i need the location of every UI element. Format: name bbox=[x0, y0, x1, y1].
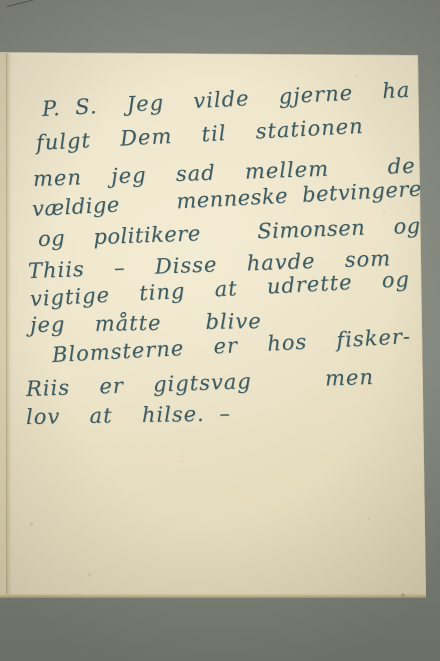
foxing-speck bbox=[401, 593, 405, 597]
paper-top-edge bbox=[0, 51, 420, 56]
foxing-speck bbox=[180, 455, 182, 457]
foxing-speck bbox=[383, 210, 385, 212]
letter-paper: P. S. Jeg vilde gjerne ha fulgt Dem til … bbox=[0, 50, 430, 598]
paper-bottom-edge bbox=[0, 594, 428, 598]
foxing-speck bbox=[88, 573, 91, 576]
background-scratch bbox=[6, 0, 39, 7]
foxing-speck bbox=[368, 518, 370, 520]
paper-right-edge bbox=[417, 54, 427, 597]
foxing-speck bbox=[355, 75, 357, 77]
foxing-speck bbox=[403, 431, 405, 433]
paper-fold-edge bbox=[0, 50, 7, 598]
handwriting-line-11: lov at hilse. – bbox=[26, 400, 231, 430]
foxing-speck bbox=[30, 523, 33, 526]
photo-background: P. S. Jeg vilde gjerne ha fulgt Dem til … bbox=[0, 0, 440, 661]
handwriting-line-10: Riis er gigtsvag men bbox=[26, 364, 375, 402]
